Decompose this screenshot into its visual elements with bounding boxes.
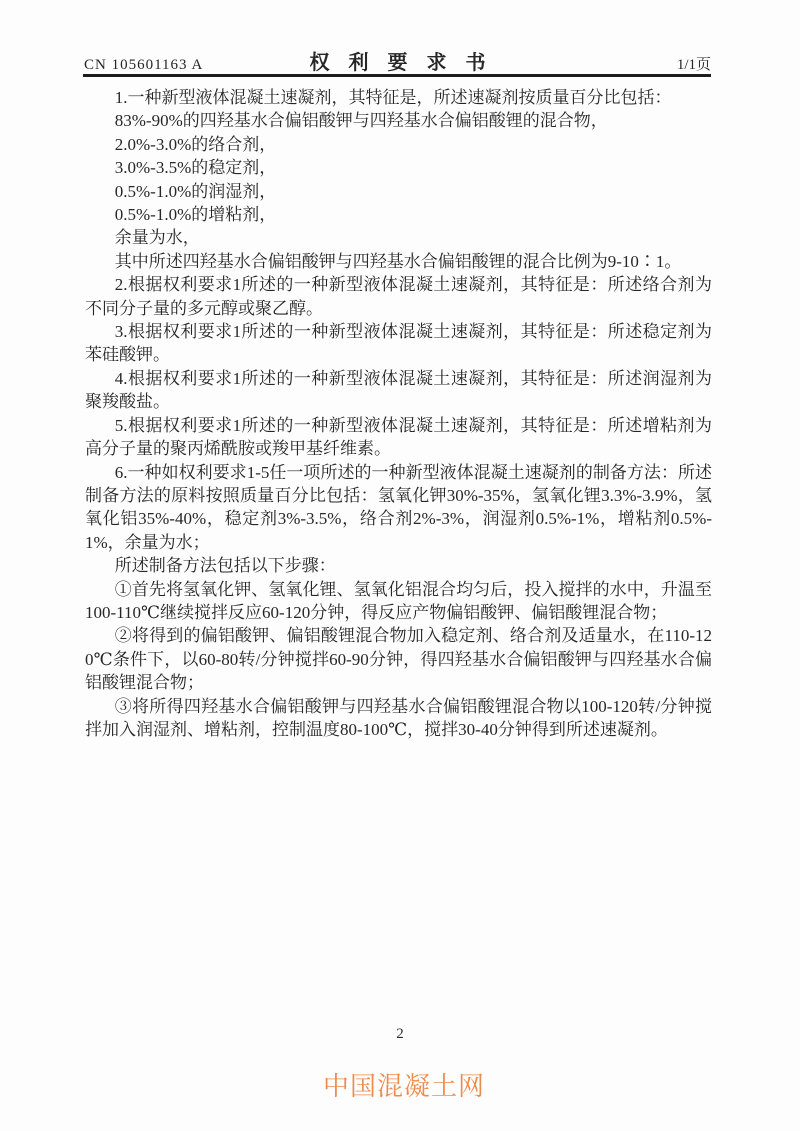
claim-paragraph: 2.0%-3.0%的络合剂， [85, 133, 712, 156]
claim-paragraph: 所述制备方法包括以下步骤： [85, 554, 712, 577]
claim-paragraph: ②将得到的偏铝酸钾、偏铝酸锂混合物加入稳定剂、络合剂及适量水，在110-120℃… [85, 624, 712, 694]
claim-paragraph: 0.5%-1.0%的增粘剂， [85, 203, 712, 226]
patent-claims-page: CN 105601163 A 权利要求书 1/1页 1.一种新型液体混凝土速凝剂… [0, 0, 800, 1131]
claim-paragraph: 余量为水， [85, 226, 712, 249]
claim-paragraph: 1.一种新型液体混凝土速凝剂，其特征是，所述速凝剂按质量百分比包括： [85, 86, 712, 109]
header-rule [83, 74, 711, 77]
claim-paragraph: 2.根据权利要求1所述的一种新型液体混凝土速凝剂，其特征是：所述络合剂为不同分子… [85, 273, 712, 320]
claim-paragraph: 其中所述四羟基水合偏铝酸钾与四羟基水合偏铝酸锂的混合比例为9-10∶1。 [85, 250, 712, 273]
claim-paragraph: 3.0%-3.5%的稳定剂， [85, 156, 712, 179]
claim-paragraph: 4.根据权利要求1所述的一种新型液体混凝土速凝剂，其特征是：所述润湿剂为聚羧酸盐… [85, 367, 712, 414]
claim-paragraph: ①首先将氢氧化钾、氢氧化锂、氢氧化铝混合均匀后，投入搅拌的水中，升温至100-1… [85, 578, 712, 625]
claim-paragraph: 3.根据权利要求1所述的一种新型液体混凝土速凝剂，其特征是：所述稳定剂为苯硅酸钾… [85, 320, 712, 367]
page-header: CN 105601163 A 权利要求书 1/1页 [84, 46, 711, 75]
claim-paragraph: 6.一种如权利要求1-5任一项所述的一种新型液体混凝土速凝剂的制备方法：所述制备… [85, 461, 712, 555]
document-number: CN 105601163 A [84, 57, 203, 74]
claim-paragraph: 5.根据权利要求1所述的一种新型液体混凝土速凝剂，其特征是：所述增粘剂为高分子量… [85, 414, 712, 461]
watermark: 中国混凝土网 [0, 1066, 800, 1103]
claim-paragraph: ③将所得四羟基水合偏铝酸钾与四羟基水合偏铝酸锂混合物以100-120转/分钟搅拌… [85, 695, 712, 742]
page-indicator: 1/1页 [677, 53, 711, 74]
page-number: 2 [0, 1026, 800, 1043]
page-title: 权利要求书 [310, 46, 505, 75]
claims-text: 1.一种新型液体混凝土速凝剂，其特征是，所述速凝剂按质量百分比包括：83%-90… [85, 86, 712, 741]
claim-paragraph: 0.5%-1.0%的润湿剂， [85, 180, 712, 203]
claim-paragraph: 83%-90%的四羟基水合偏铝酸钾与四羟基水合偏铝酸锂的混合物， [85, 109, 712, 132]
